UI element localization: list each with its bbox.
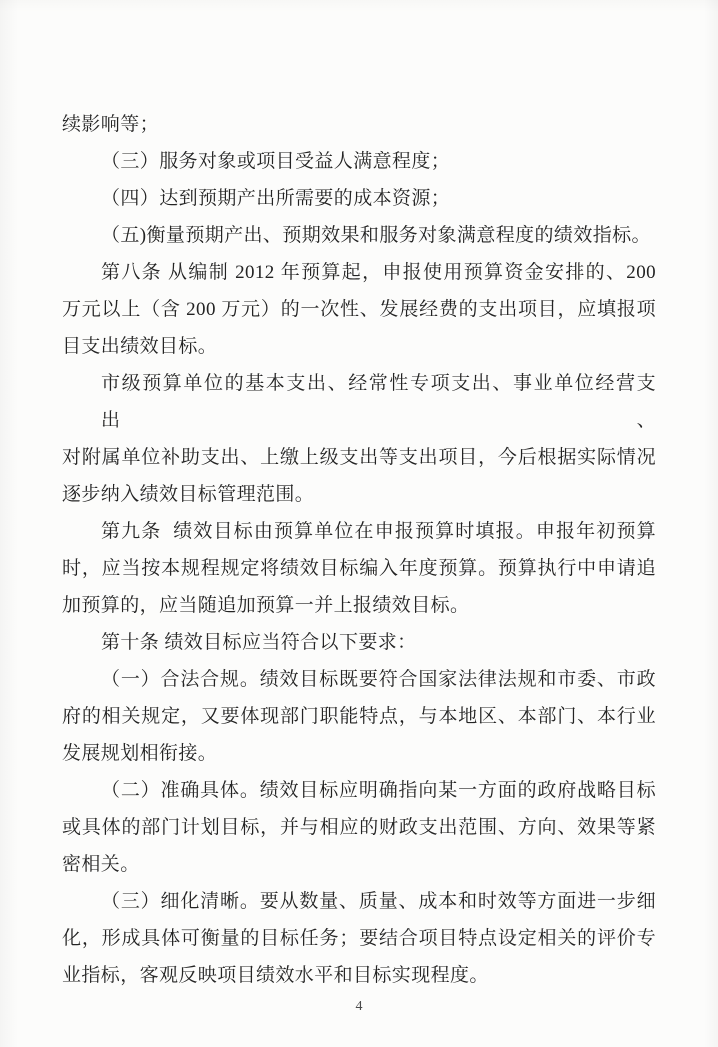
text-line: （三）细化清晰。要从数量、质量、成本和时效等方面进一步细 [62,883,656,920]
paragraph: 续影响等； [62,106,656,143]
text-line: 加预算的，应当随追加预算一并上报绩效目标。 [62,587,656,624]
text-line: 或具体的部门计划目标，并与相应的财政支出范围、方向、效果等紧 [62,809,656,846]
text-line: （二）准确具体。绩效目标应明确指向某一方面的政府战略目标 [62,772,656,809]
paragraph: （三）服务对象或项目受益人满意程度； [62,143,656,180]
text-line: 化，形成具体可衡量的目标任务；要结合项目特点设定相关的评价专 [62,920,656,957]
text-line: 时，应当按本规程规定将绩效目标编入年度预算。预算执行中申请追 [62,550,656,587]
paragraph: （三）细化清晰。要从数量、质量、成本和时效等方面进一步细化，形成具体可衡量的目标… [62,883,656,994]
text-line: 对附属单位补助支出、上缴上级支出等支出项目，今后根据实际情况 [62,439,656,476]
text-line: （一）合法合规。绩效目标既要符合国家法律法规和市委、市政 [62,661,656,698]
text-line: 第十条 绩效目标应当符合以下要求： [62,624,656,661]
text-line: 第九条 绩效目标由预算单位在申报预算时填报。申报年初预算 [62,513,656,550]
paragraph: （四）达到预期产出所需要的成本资源； [62,180,656,217]
text-line: 万元以上（含 200 万元）的一次性、发展经费的支出项目，应填报项 [62,291,656,328]
text-line: 业指标，客观反映项目绩效水平和目标实现程度。 [62,957,656,994]
paragraph: （五)衡量预期产出、预期效果和服务对象满意程度的绩效指标。 [62,217,656,254]
paragraph: （一）合法合规。绩效目标既要符合国家法律法规和市委、市政府的相关规定，又要体现部… [62,661,656,772]
text-line: 第八条 从编制 2012 年预算起，申报使用预算资金安排的、200 [62,254,656,291]
text-line: 密相关。 [62,846,656,883]
text-line: 市级预算单位的基本支出、经常性专项支出、事业单位经营支出、 [62,365,656,439]
document-text-block: 续影响等；（三）服务对象或项目受益人满意程度；（四）达到预期产出所需要的成本资源… [62,106,656,994]
text-line: 府的相关规定，又要体现部门职能特点，与本地区、本部门、本行业 [62,698,656,735]
text-line: 目支出绩效目标。 [62,328,656,365]
paragraph: 第十条 绩效目标应当符合以下要求： [62,624,656,661]
text-line: （三）服务对象或项目受益人满意程度； [62,143,656,180]
page-number: 4 [0,999,718,1015]
paragraph: 市级预算单位的基本支出、经常性专项支出、事业单位经营支出、对附属单位补助支出、上… [62,365,656,513]
paragraph: 第九条 绩效目标由预算单位在申报预算时填报。申报年初预算时，应当按本规程规定将绩… [62,513,656,624]
text-line: （五)衡量预期产出、预期效果和服务对象满意程度的绩效指标。 [62,217,656,254]
paragraph: （二）准确具体。绩效目标应明确指向某一方面的政府战略目标或具体的部门计划目标，并… [62,772,656,883]
paragraph: 第八条 从编制 2012 年预算起，申报使用预算资金安排的、200万元以上（含 … [62,254,656,365]
text-line: （四）达到预期产出所需要的成本资源； [62,180,656,217]
text-line: 续影响等； [62,106,656,143]
text-line: 发展规划相衔接。 [62,735,656,772]
text-line: 逐步纳入绩效目标管理范围。 [62,476,656,513]
